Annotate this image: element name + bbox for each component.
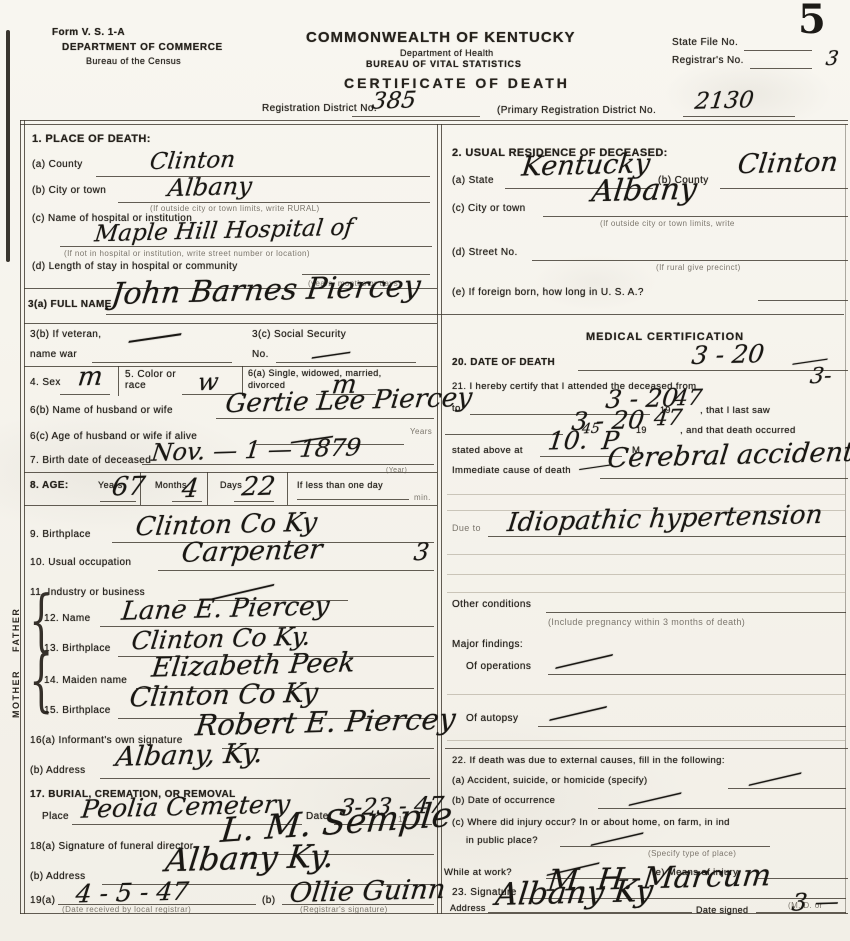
- registrar-a-label: 19(a): [30, 896, 55, 906]
- rule: [758, 300, 848, 301]
- full-name-label: 3(a) FULL NAME: [28, 300, 112, 310]
- external-c-label2: in public place?: [466, 836, 538, 846]
- hospital-value: Maple Hill Hospital of: [93, 217, 354, 247]
- veteran-label: 3(b) If veteran,: [30, 330, 101, 340]
- father-side-label: FATHER: [12, 608, 21, 652]
- occupation-stray-mark: 3: [413, 540, 431, 564]
- city-label: (b) City or town: [32, 186, 106, 196]
- rule: [106, 314, 844, 315]
- date-signed-value: 3 —: [791, 889, 841, 914]
- rule: [100, 778, 430, 779]
- rule: [447, 592, 845, 593]
- date-of-death-label: 20. DATE OF DEATH: [452, 358, 555, 368]
- major-findings-label: Major findings:: [452, 640, 523, 650]
- of-autopsy-label: Of autopsy: [466, 714, 518, 724]
- color-value: w: [197, 370, 220, 395]
- rule: [720, 188, 848, 189]
- death-certificate-scan: Form V. S. 1-A DEPARTMENT OF COMMERCE Bu…: [0, 0, 850, 941]
- rule: [538, 726, 846, 727]
- section-place-of-death: 1. PLACE OF DEATH:: [32, 134, 151, 145]
- registrar-b-label: (b): [262, 896, 275, 906]
- form-number: Form V. S. 1-A: [52, 28, 125, 38]
- city-note: (If outside city or town limits, write R…: [150, 205, 320, 213]
- rule: [543, 216, 848, 217]
- rule: [118, 366, 119, 396]
- age-days-label: Days: [220, 481, 242, 490]
- veteran-label2: name war: [30, 350, 77, 360]
- state-file-no-label: State File No.: [672, 38, 738, 48]
- registrar-no-label: Registrar's No.: [672, 56, 744, 66]
- due-to-label: Due to: [452, 524, 481, 533]
- mother-name-label: 14. Maiden name: [44, 676, 127, 686]
- rule: [118, 202, 430, 203]
- mother-birthplace-label: 15. Birthplace: [44, 706, 111, 716]
- external-c-note: (Specify type of place): [648, 850, 736, 858]
- age-section-label: 8. AGE:: [30, 481, 69, 491]
- immediate-cause-value: Cerebral accident: [606, 439, 850, 472]
- funeral-address-value: Albany Ky.: [164, 840, 336, 876]
- binder-rod-artifact: [6, 30, 10, 262]
- rule: [96, 176, 430, 177]
- father-name-label: 12. Name: [44, 614, 91, 624]
- rule: [683, 116, 795, 117]
- rule: [532, 260, 848, 261]
- rule: [60, 394, 110, 395]
- father-birthplace-label: 13. Birthplace: [44, 644, 111, 654]
- birthplace-label: 9. Birthplace: [30, 530, 91, 540]
- rule: [548, 674, 846, 675]
- residence-county-value: Clinton: [736, 149, 839, 179]
- stated-above-label: stated above at: [452, 446, 523, 456]
- street-note: (If rural give precinct): [656, 264, 741, 272]
- residence-city-value: Albany: [590, 175, 698, 208]
- external-a-value: —: [745, 762, 805, 797]
- rule: [600, 478, 848, 479]
- external-causes-section: 22. If death was due to external causes,…: [452, 756, 725, 766]
- street-no-label: (d) Street No.: [452, 248, 518, 258]
- birth-date-value: Nov. — 1 — 1879: [150, 435, 362, 464]
- ssn-value: —: [310, 341, 352, 369]
- rule: [447, 574, 845, 575]
- border-left: [20, 120, 21, 914]
- spouse-label: 6(b) Name of husband or wife: [30, 406, 173, 416]
- county-label: (a) County: [32, 160, 83, 170]
- page-number: 5: [798, 0, 826, 40]
- certifier-address-value: Albany Ky: [494, 876, 655, 911]
- other-conditions-note: (Include pregnancy within 3 months of de…: [548, 618, 745, 627]
- ssn-label: 3(c) Social Security: [252, 330, 346, 340]
- external-c-label: (c) Where did injury occur? In or about …: [452, 818, 730, 828]
- stay-label: (d) Length of stay in hospital or commun…: [32, 262, 238, 272]
- rule: [24, 323, 437, 324]
- time-of-death-minutes: 45: [581, 422, 600, 436]
- rule: [445, 748, 848, 749]
- registration-district-label: Registration District No.: [262, 104, 377, 114]
- sex-label: 4. Sex: [30, 378, 61, 388]
- residence-city-note: (If outside city or town limits, write: [600, 220, 735, 228]
- rule: [24, 505, 437, 506]
- color-label: 5. Color or: [125, 370, 176, 380]
- border-top: [20, 120, 848, 121]
- border-right: [845, 124, 846, 914]
- date-received-value: 4 - 5 - 47: [74, 879, 190, 907]
- rule: [158, 570, 434, 571]
- foreign-born-label: (e) If foreign born, how long in U. S. A…: [452, 288, 644, 298]
- department-of-health: Department of Health: [400, 49, 494, 58]
- primary-district-value: 2130: [694, 89, 755, 114]
- bureau-line: Bureau of the Census: [86, 57, 181, 66]
- spouse-value: Gertie Lee Piercey: [224, 385, 473, 417]
- rule: [447, 554, 845, 555]
- rule: [352, 116, 480, 117]
- rule: [447, 740, 845, 741]
- age-months-value: 4: [180, 476, 200, 502]
- rule: [92, 362, 232, 363]
- of-operations-label: Of operations: [466, 662, 531, 672]
- date-of-death-value: 3 - 20: [690, 341, 765, 368]
- informant-address-label: (b) Address: [30, 766, 86, 776]
- attended-from-value: 3-: [809, 366, 833, 389]
- certify-year2-value: 47: [653, 408, 684, 431]
- primary-district-label: (Primary Registration District No.: [497, 106, 656, 116]
- rule: [445, 434, 563, 435]
- year-note: (Year): [386, 467, 407, 474]
- hospital-note: (If not in hospital or institution, writ…: [64, 250, 310, 258]
- rule: [447, 494, 845, 495]
- age-days-value: 22: [240, 474, 276, 501]
- external-b-label: (b) Date of occurrence: [452, 796, 555, 806]
- registrar-no-value: 3: [825, 48, 840, 68]
- border-left-inner: [24, 120, 25, 914]
- external-a-label: (a) Accident, suicide, or homicide (spec…: [452, 776, 648, 786]
- residence-city-label: (c) City or town: [452, 204, 526, 214]
- birth-date-label: 7. Birth date of deceased: [30, 456, 151, 466]
- external-b-value: —: [625, 782, 685, 817]
- years-note: Years: [410, 428, 432, 436]
- rule: [207, 472, 208, 505]
- border-top-inner: [20, 124, 848, 125]
- occupation-value: Carpenter: [180, 536, 324, 567]
- occupation-label: 10. Usual occupation: [30, 558, 131, 568]
- certify-tail2: , and that death occurred: [680, 426, 796, 436]
- burial-place-label: Place: [42, 812, 69, 822]
- age-years-value: 67: [110, 474, 146, 501]
- informant-signature-value: Robert E. Piercey: [194, 705, 457, 741]
- informant-address-value: Albany, Ky.: [114, 740, 264, 771]
- rule: [24, 472, 437, 473]
- registration-district-value: 385: [371, 89, 418, 113]
- certifier-address-label: Address: [450, 904, 486, 913]
- father-name-value: Lane E. Piercey: [120, 593, 331, 624]
- department-line: DEPARTMENT OF COMMERCE: [62, 43, 223, 53]
- rule: [546, 612, 846, 613]
- age-less-label: If less than one day: [297, 481, 383, 490]
- sex-value: m: [76, 364, 104, 391]
- due-to-value: Idiopathic hypertension: [506, 502, 824, 536]
- rule: [297, 499, 409, 500]
- date-signed-label: Date signed: [696, 906, 748, 915]
- registrar-signature-value: Ollie Guinn: [288, 876, 447, 907]
- residence-state-label: (a) State: [452, 176, 494, 186]
- bureau-vital-statistics: BUREAU OF VITAL STATISTICS: [366, 60, 522, 69]
- age-min-label: min.: [414, 494, 431, 502]
- veteran-value: —: [126, 318, 184, 356]
- city-value: Albany: [166, 174, 253, 200]
- marital-label: 6(a) Single, widowed, married,: [248, 369, 382, 378]
- county-value: Clinton: [149, 149, 237, 174]
- mother-name-value: Elizabeth Peek: [150, 649, 356, 681]
- ssn-label2: No.: [252, 350, 269, 360]
- rule: [758, 878, 848, 879]
- color-label2: race: [125, 381, 146, 391]
- rule: [744, 50, 812, 51]
- mother-side-label: MOTHER: [12, 670, 21, 718]
- rule: [447, 694, 845, 695]
- certify-tail1: , that I last saw: [700, 406, 770, 416]
- full-name-value: John Barnes Piercey: [110, 272, 422, 310]
- other-conditions-label: Other conditions: [452, 600, 531, 610]
- commonwealth-title: COMMONWEALTH OF KENTUCKY: [306, 30, 576, 45]
- immediate-cause-label: Immediate cause of death: [452, 466, 571, 476]
- rule: [750, 68, 812, 69]
- rule: [287, 472, 288, 505]
